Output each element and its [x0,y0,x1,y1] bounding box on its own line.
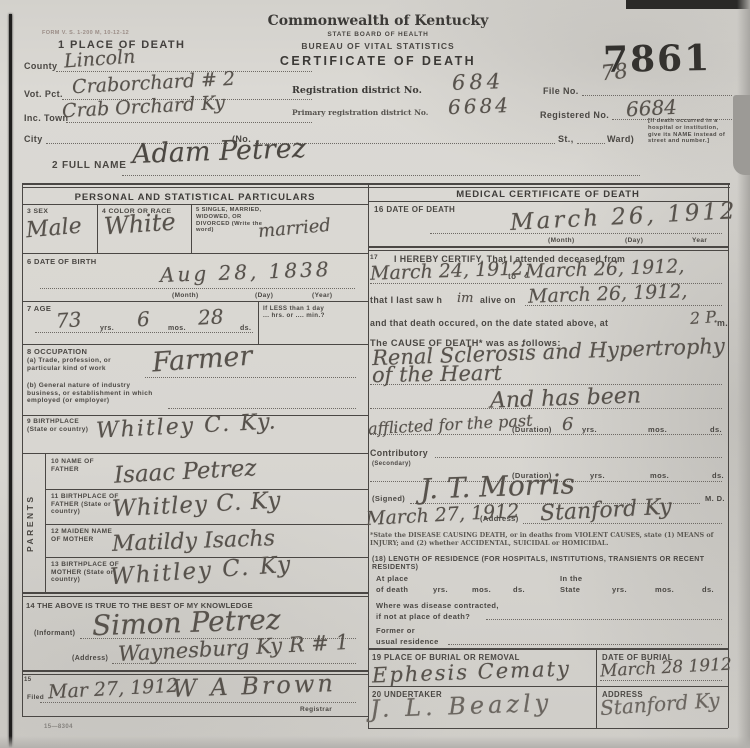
secondary-label: (Secondary) [372,461,411,467]
attest-rule-2 [22,596,368,597]
signed-label: (Signed) [372,494,405,503]
sex-value: Male [25,214,83,244]
precinct-label: Vot. Pct. [24,89,63,99]
filed-num: 15 [24,677,31,683]
father-name-value: Isaac Petrez [113,455,257,488]
row-rule-age-top [22,301,368,302]
plate-number: 15—8304 [44,724,73,730]
commonwealth-title: Commonwealth of Kentucky [228,13,528,29]
attest-rule-1 [22,592,368,594]
contributory-dotted [435,457,722,458]
bureau-subtitle: BUREAU OF VITAL STATISTICS [228,41,528,51]
certify-num: 17 [370,254,378,261]
city-dotted-line-3 [577,143,605,144]
age-months-value: 6 [136,307,150,332]
scan-right-notch [733,95,750,175]
age-days-value: 28 [197,304,224,329]
personal-title-rule [22,204,368,205]
residence-section-label: (18) LENGTH OF RESIDENCE (FOR HOSPITALS,… [372,556,722,573]
occupation-label: 8 OCCUPATION [27,347,87,356]
residence-state-word: State [560,585,580,594]
certificate-title: CERTIFICATE OF DEATH [228,54,528,68]
age-mos-unit: mos. [168,325,186,332]
hospital-note: [If death occurred in a hospital or inst… [648,118,732,145]
where-contracted-line2: if not at place of death? [376,612,470,621]
registration-district-label: Registration district No. [292,85,422,96]
scan-top-right-bar [626,0,750,9]
filed-label: Filed [27,694,44,701]
registration-district-value: 684 [452,69,505,95]
cause-mos-unit: mos. [648,425,667,434]
former-residence-line1: Former or [376,626,415,635]
contributory-mos-unit: mos. [650,471,669,480]
age-less-note: If LESS than 1 day ... hrs. or .... min.… [263,305,331,320]
state-board-subtitle: STATE BOARD OF HEALTH [228,31,528,38]
burial-row-divider [368,686,728,687]
file-no-label: File No. [543,86,579,96]
full-name-dotted-line [122,175,640,176]
age-yrs-unit: yrs. [100,325,114,332]
burial-date-dotted [600,680,722,681]
primary-district-value: 6684 [448,93,512,119]
occupation-b-dotted-line [168,408,356,409]
filed-dotted-line [40,702,356,703]
top-rule-2 [22,187,730,188]
death-certificate-scan: FORM V. S. 1-200 M, 10-12-12 1 PLACE OF … [0,0,750,748]
residence-of-death: of death [376,585,408,594]
residence-left-mos: mos. [472,585,491,594]
death-time-value: 2 P. [689,307,718,328]
inc-town-dotted-line [66,122,312,123]
registrar-signature: W A Brown [172,669,337,703]
signed-address-label: (Address) [480,514,519,523]
parents-rule-1 [45,489,368,490]
dob-value: Aug 28, 1838 [160,257,332,287]
residence-left-yrs: yrs. [433,585,448,594]
cause-line2-value: of the Heart [372,361,502,387]
dob-month-sublabel: (Month) [172,292,199,299]
row-rule-parents-top [22,453,368,454]
form-number-note: FORM V. S. 1-200 M, 10-12-12 [42,30,129,36]
cause-yrs-unit: yrs. [582,425,597,434]
age-years-value: 73 [55,307,82,333]
sex-label: 3 SEX [27,208,48,215]
contributory-yrs-unit: yrs. [590,471,605,480]
burial-box-divider [596,648,597,728]
residence-right-mos: mos. [655,585,674,594]
county-value: Lincoln [63,46,136,73]
city-st-label: St., [558,134,574,144]
certify-rule-2 [368,250,728,251]
residence-right-yrs: yrs. [612,585,627,594]
age-less-box-divider [258,301,259,344]
former-residence-dotted [448,644,722,645]
dod-month-sublabel: (Month) [548,237,575,244]
age-dotted-line [35,332,253,333]
full-name-value: Adam Petrez [132,133,307,170]
occupation-a-dotted-line [145,377,356,378]
file-no-value: 78 [600,59,629,86]
saw-pre-text: that I last saw h [370,295,442,305]
form-header: Commonwealth of Kentucky STATE BOARD OF … [228,13,528,68]
burial-rule-1 [368,648,728,650]
registrar-label: Registrar [300,706,332,713]
md-label: M. D. [705,494,725,503]
mother-maiden-value: Matildy Isachs [112,526,276,557]
death-time-unit: m. [717,318,728,328]
informant-address-label: (Address) [72,655,108,662]
scan-right-shade [737,0,750,748]
residence-in-the: In the [560,574,582,583]
date-of-death-value: March 26, 1912 [509,198,738,236]
personal-section-title: PERSONAL AND STATISTICAL PARTICULARS [22,192,368,203]
cause-duration-years: 6 [562,414,573,435]
left-bottom-rule [22,716,368,717]
filed-date-value: Mar 27, 1912 [48,675,179,704]
father-name-label: 10 NAME OF FATHER [51,458,109,473]
saw-date-value: March 26, 1912, [528,280,688,308]
residence-left-ds: ds. [513,585,525,594]
age-label: 7 AGE [27,304,51,313]
where-contracted-line1: Where was disease contracted, [376,601,499,610]
parents-rule-2 [45,524,368,525]
father-birthplace-value: Whitley C. Ky [111,488,282,523]
city-label: City [24,134,43,144]
cause-line3-value: And has been [490,383,642,413]
scan-bottom-shade [0,736,750,748]
sex-race-divider [97,204,98,253]
row-rule-dob-top [22,253,368,254]
occupation-value: Farmer [151,341,253,379]
occupation-line-a-label: (a) Trade, profession, or particular kin… [27,357,145,372]
certify-rule-1 [368,246,728,248]
race-marital-divider [191,204,192,253]
certify-to-word: to [508,272,516,281]
birthplace-label: 9 BIRTHPLACE (State or country) [27,418,97,433]
contributory-label: Contributory [370,448,428,458]
occupation-line-b-label: (b) General nature of industry business,… [27,382,162,405]
cause-duration-label: (Duration) [512,425,552,434]
race-value: White [103,208,176,241]
registered-no-label: Registered No. [540,110,609,120]
certify-to-date: March 26, 1912, [525,255,685,283]
dob-label: 6 DATE OF BIRTH [27,257,97,266]
parents-side-label: PARENTS [25,453,43,594]
medical-section-title: MEDICAL CERTIFICATE OF DEATH [368,189,728,200]
residence-right-ds: ds. [702,585,714,594]
dob-year-sublabel: (Year) [312,292,332,299]
right-bottom-rule [368,728,728,729]
undertaker-value: J. L. Beazly [370,689,553,723]
cause-ds-unit: ds. [710,425,722,434]
cause-footnote: *State the DISEASE CAUSING DEATH, or in … [370,532,726,547]
saw-him-hw: im [457,291,474,306]
age-ds-unit: ds. [240,325,251,332]
contributory-ds-unit: ds. [712,471,724,480]
mother-maiden-label: 12 MAIDEN NAME OF MOTHER [51,528,121,543]
scan-left-line [9,14,12,748]
former-residence-line2: usual residence [376,637,439,646]
primary-district-label: Primary registration district No. [292,108,428,117]
certify-from-date: March 24, 1912, [370,257,530,285]
dob-day-sublabel: (Day) [255,292,273,299]
saw-mid-text: alive on [480,295,516,305]
date-of-death-label: 16 DATE OF DEATH [374,205,455,214]
informant-label: (Informant) [34,630,75,637]
date-of-death-dotted-line [430,233,722,234]
city-ward-label: Ward) [607,134,634,144]
dob-dotted-line [40,288,355,289]
top-rule-1 [22,183,730,185]
dod-year-sublabel: Year [692,237,707,244]
outer-left-border [22,183,23,716]
dod-day-sublabel: (Day) [625,237,643,244]
outer-right-border [728,183,729,728]
full-name-label: 2 FULL NAME [52,160,127,171]
where-contracted-dotted [486,619,722,620]
residence-at-place: At place [376,574,408,583]
cause-duration-dotted [370,434,722,435]
death-occurred-line: and that death occured, on the date stat… [370,318,608,328]
county-label: County [24,61,57,71]
